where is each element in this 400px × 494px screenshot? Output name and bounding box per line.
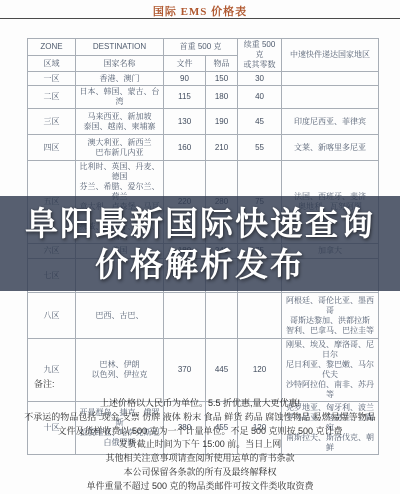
header-zone-cn: 区域 (28, 56, 76, 72)
dest-line: 巴布新几内亚 (77, 148, 162, 158)
add-price-cell: 55 (238, 135, 282, 161)
zone-cell: 四区 (28, 135, 76, 161)
dest-line: 马来西亚、新加坡 (77, 112, 162, 122)
zone-cell: 八区 (28, 293, 76, 339)
item-price-cell: 190 (206, 109, 238, 135)
header-additional-weight-line2: 或其零数 (239, 60, 280, 70)
item-price-cell: 180 (206, 86, 238, 109)
header-dest-en: DESTINATION (76, 39, 164, 56)
zone-cell: 二区 (28, 86, 76, 109)
mid-speed-line: 阿根廷、哥伦比亚、墨西哥 (283, 296, 377, 316)
notes-lines: 上述价格以人民币为单位。5.5 折优惠,量大更优惠! 不承运的物品包括 :现金 … (0, 397, 400, 494)
doc-price-cell: 90 (164, 72, 206, 86)
header-dest-cn: 国家名称 (76, 56, 164, 72)
doc-price-cell: 115 (164, 86, 206, 109)
doc-price-cell (164, 293, 206, 339)
doc-price-cell: 370 (164, 339, 206, 402)
mid-speed-cell (282, 72, 379, 86)
note-line: 上述价格以人民币为单位。5.5 折优惠,量大更优惠! (0, 397, 400, 411)
item-price-cell: 445 (206, 339, 238, 402)
header-item: 物品 (206, 56, 238, 72)
dest-cell: 澳大利亚、新西兰 巴布新几内亚 (76, 135, 164, 161)
header-zone-en: ZONE (28, 39, 76, 56)
note-line: 文件及货样收费以 500 克为一个计量单位。不足 500 克则按 500 克计费 (0, 425, 400, 439)
note-line: 不承运的物品包括 :现金 支票 仿牌 液体 粉末 食品 鲜货 药品 腐蚀性物品 … (0, 411, 400, 425)
item-price-cell: 150 (206, 72, 238, 86)
zone-cell: 一区 (28, 72, 76, 86)
mid-speed-line: 哥斯达黎加、洪都拉斯 (283, 316, 377, 326)
dest-cell: 巴林、伊朗 以色列、伊拉克 (76, 339, 164, 402)
table-row-zone8: 八区 巴西、古巴、 阿根廷、哥伦比亚、墨西哥 哥斯达黎加、洪都拉斯 智利、巴拿马… (28, 293, 379, 339)
mid-speed-line: 智利、巴拿马、巴拉圭等 (283, 326, 377, 336)
note-line: 单件重量不超过 500 克的物品类邮件可按文件类收取资费 (0, 480, 400, 494)
dest-cell: 巴西、古巴、 (76, 293, 164, 339)
header-first-weight: 首重 500 克 (164, 39, 238, 56)
headline-overlay-banner: 阜阳最新国际快递查询 价格解析发布 (0, 196, 400, 291)
item-price-cell: 210 (206, 135, 238, 161)
headline-line2: 价格解析发布 (95, 244, 305, 285)
doc-price-cell: 130 (164, 109, 206, 135)
title-divider (0, 18, 400, 19)
note-line: 其他相关注意事项请查阅所使用运单的背书条款 (0, 452, 400, 466)
dest-cell: 日本、韩国、蒙古、台湾 (76, 86, 164, 109)
add-price-cell: 45 (238, 109, 282, 135)
header-mid-speed: 中速快件递达国家地区 (282, 39, 379, 72)
page-title: 国际 EMS 价格表 (0, 3, 400, 19)
header-doc: 文件 (164, 56, 206, 72)
header-additional-weight: 续重 500 克 或其零数 (238, 39, 282, 72)
dest-line: 比利时、英国、丹麦、德国 (77, 162, 162, 182)
mid-speed-cell (282, 86, 379, 109)
dest-cell: 马来西亚、新加坡 泰国、越南、柬埔寨 (76, 109, 164, 135)
mid-speed-cell: 刚果、埃及、摩洛哥、尼日尔 尼日利亚、黎巴嫩、马尔代夫 沙特阿拉伯、南非、苏丹等 (282, 339, 379, 402)
table-header-row-1: ZONE DESTINATION 首重 500 克 续重 500 克 或其零数 … (28, 39, 379, 56)
notes-label: 备注: (34, 377, 55, 390)
dest-line: 巴林、伊朗 (77, 360, 162, 370)
doc-price-cell: 160 (164, 135, 206, 161)
add-price-cell: 30 (238, 72, 282, 86)
table-row-zone3: 三区 马来西亚、新加坡 泰国、越南、柬埔寨 130 190 45 印度尼西亚、菲… (28, 109, 379, 135)
item-price-cell (206, 293, 238, 339)
table-row-zone4: 四区 澳大利亚、新西兰 巴布新几内亚 160 210 55 文莱、新喀里多尼亚 (28, 135, 379, 161)
dest-cell: 香港、澳门 (76, 72, 164, 86)
header-additional-weight-line1: 续重 500 克 (239, 40, 280, 60)
dest-line: 澳大利亚、新西兰 (77, 138, 162, 148)
note-line: 发货截止时间为下午 15:00 前。当日上网 (0, 438, 400, 452)
zone-cell: 三区 (28, 109, 76, 135)
zone-cell: 九区 (28, 339, 76, 402)
add-price-cell: 40 (238, 86, 282, 109)
mid-speed-line: 刚果、埃及、摩洛哥、尼日尔 (283, 340, 377, 360)
add-price-cell: 120 (238, 339, 282, 402)
table-row-zone9: 九区 巴林、伊朗 以色列、伊拉克 370 445 120 刚果、埃及、摩洛哥、尼… (28, 339, 379, 402)
headline-line1: 阜阳最新国际快递查询 (25, 203, 375, 244)
table-row-zone1: 一区 香港、澳门 90 150 30 (28, 72, 379, 86)
dest-line: 泰国、越南、柬埔寨 (77, 122, 162, 132)
mid-speed-cell: 印度尼西亚、菲律宾 (282, 109, 379, 135)
table-row-zone2: 二区 日本、韩国、蒙古、台湾 115 180 40 (28, 86, 379, 109)
mid-speed-line: 尼日利亚、黎巴嫩、马尔代夫 (283, 360, 377, 380)
dest-line: 以色列、伊拉克 (77, 370, 162, 380)
mid-speed-cell: 文莱、新喀里多尼亚 (282, 135, 379, 161)
add-price-cell (238, 293, 282, 339)
mid-speed-cell: 阿根廷、哥伦比亚、墨西哥 哥斯达黎加、洪都拉斯 智利、巴拿马、巴拉圭等 (282, 293, 379, 339)
article-image: 国际 EMS 价格表 ZONE DESTINATION 首重 500 克 续重 … (0, 0, 400, 494)
note-line: 本公司保留各条款的所有及最终解释权 (0, 466, 400, 480)
